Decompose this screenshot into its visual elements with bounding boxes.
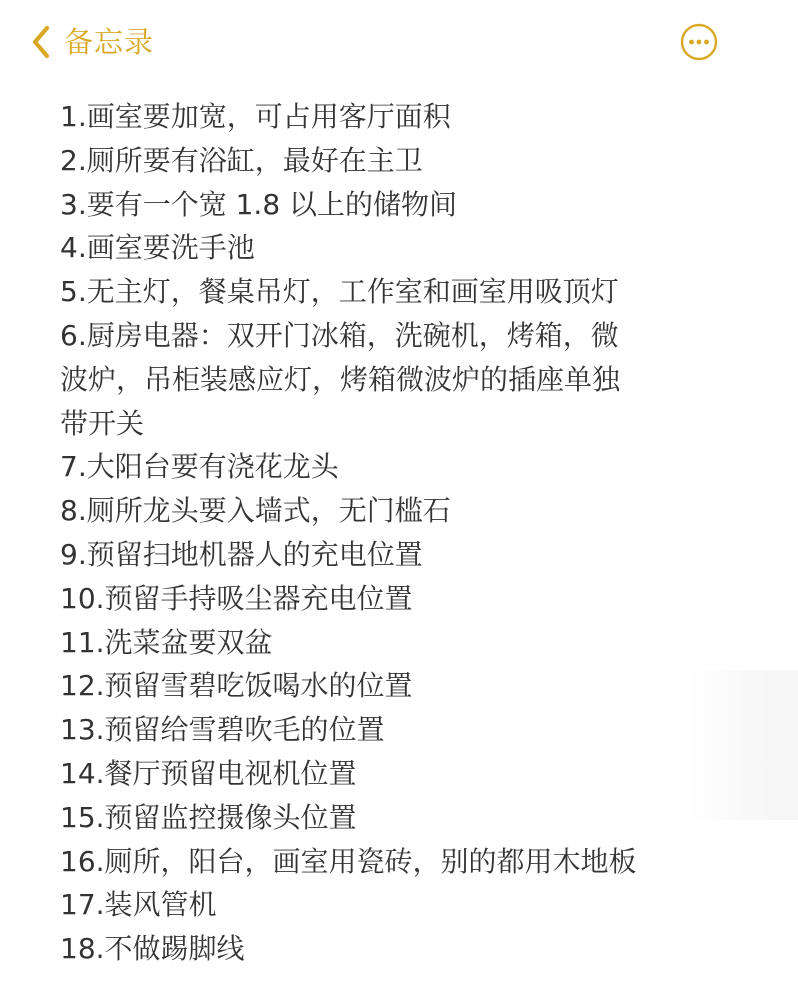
note-line: 11.洗菜盆要双盆	[60, 621, 740, 665]
note-line: 2.厕所要有浴缸，最好在主卫	[60, 139, 740, 183]
note-line: 12.预留雪碧吃饭喝水的位置	[60, 664, 740, 708]
navigation-bar: 备忘录	[0, 0, 798, 84]
note-line: 13.预留给雪碧吹毛的位置	[60, 708, 740, 752]
note-line: 7.大阳台要有浇花龙头	[60, 445, 740, 489]
note-line: 4.画室要洗手池	[60, 226, 740, 270]
note-line: 带开关	[60, 402, 740, 446]
note-content[interactable]: 1.画室要加宽，可占用客厅面积 2.厕所要有浴缸，最好在主卫 3.要有一个宽 1…	[60, 95, 740, 971]
note-line: 14.餐厅预留电视机位置	[60, 752, 740, 796]
back-label: 备忘录	[64, 22, 154, 62]
note-line: 18.不做踢脚线	[60, 927, 740, 971]
background-shade	[688, 670, 798, 820]
note-line: 1.画室要加宽，可占用客厅面积	[60, 95, 740, 139]
chevron-left-icon	[30, 24, 52, 60]
note-line: 9.预留扫地机器人的充电位置	[60, 533, 740, 577]
more-options-button[interactable]	[680, 23, 718, 61]
note-line: 5.无主灯，餐桌吊灯，工作室和画室用吸顶灯	[60, 270, 740, 314]
back-button[interactable]: 备忘录	[30, 22, 154, 62]
note-line: 15.预留监控摄像头位置	[60, 796, 740, 840]
note-line: 3.要有一个宽 1.8 以上的储物间	[60, 183, 740, 227]
note-line: 17.装风管机	[60, 883, 740, 927]
note-line: 16.厕所，阳台，画室用瓷砖，别的都用木地板	[60, 840, 740, 884]
ellipsis-circle-icon	[680, 46, 718, 65]
note-line: 波炉，吊柜装感应灯，烤箱微波炉的插座单独	[60, 358, 740, 402]
note-line: 8.厕所龙头要入墙式，无门槛石	[60, 489, 740, 533]
note-line: 6.厨房电器：双开门冰箱，洗碗机，烤箱，微	[60, 314, 740, 358]
note-line: 10.预留手持吸尘器充电位置	[60, 577, 740, 621]
